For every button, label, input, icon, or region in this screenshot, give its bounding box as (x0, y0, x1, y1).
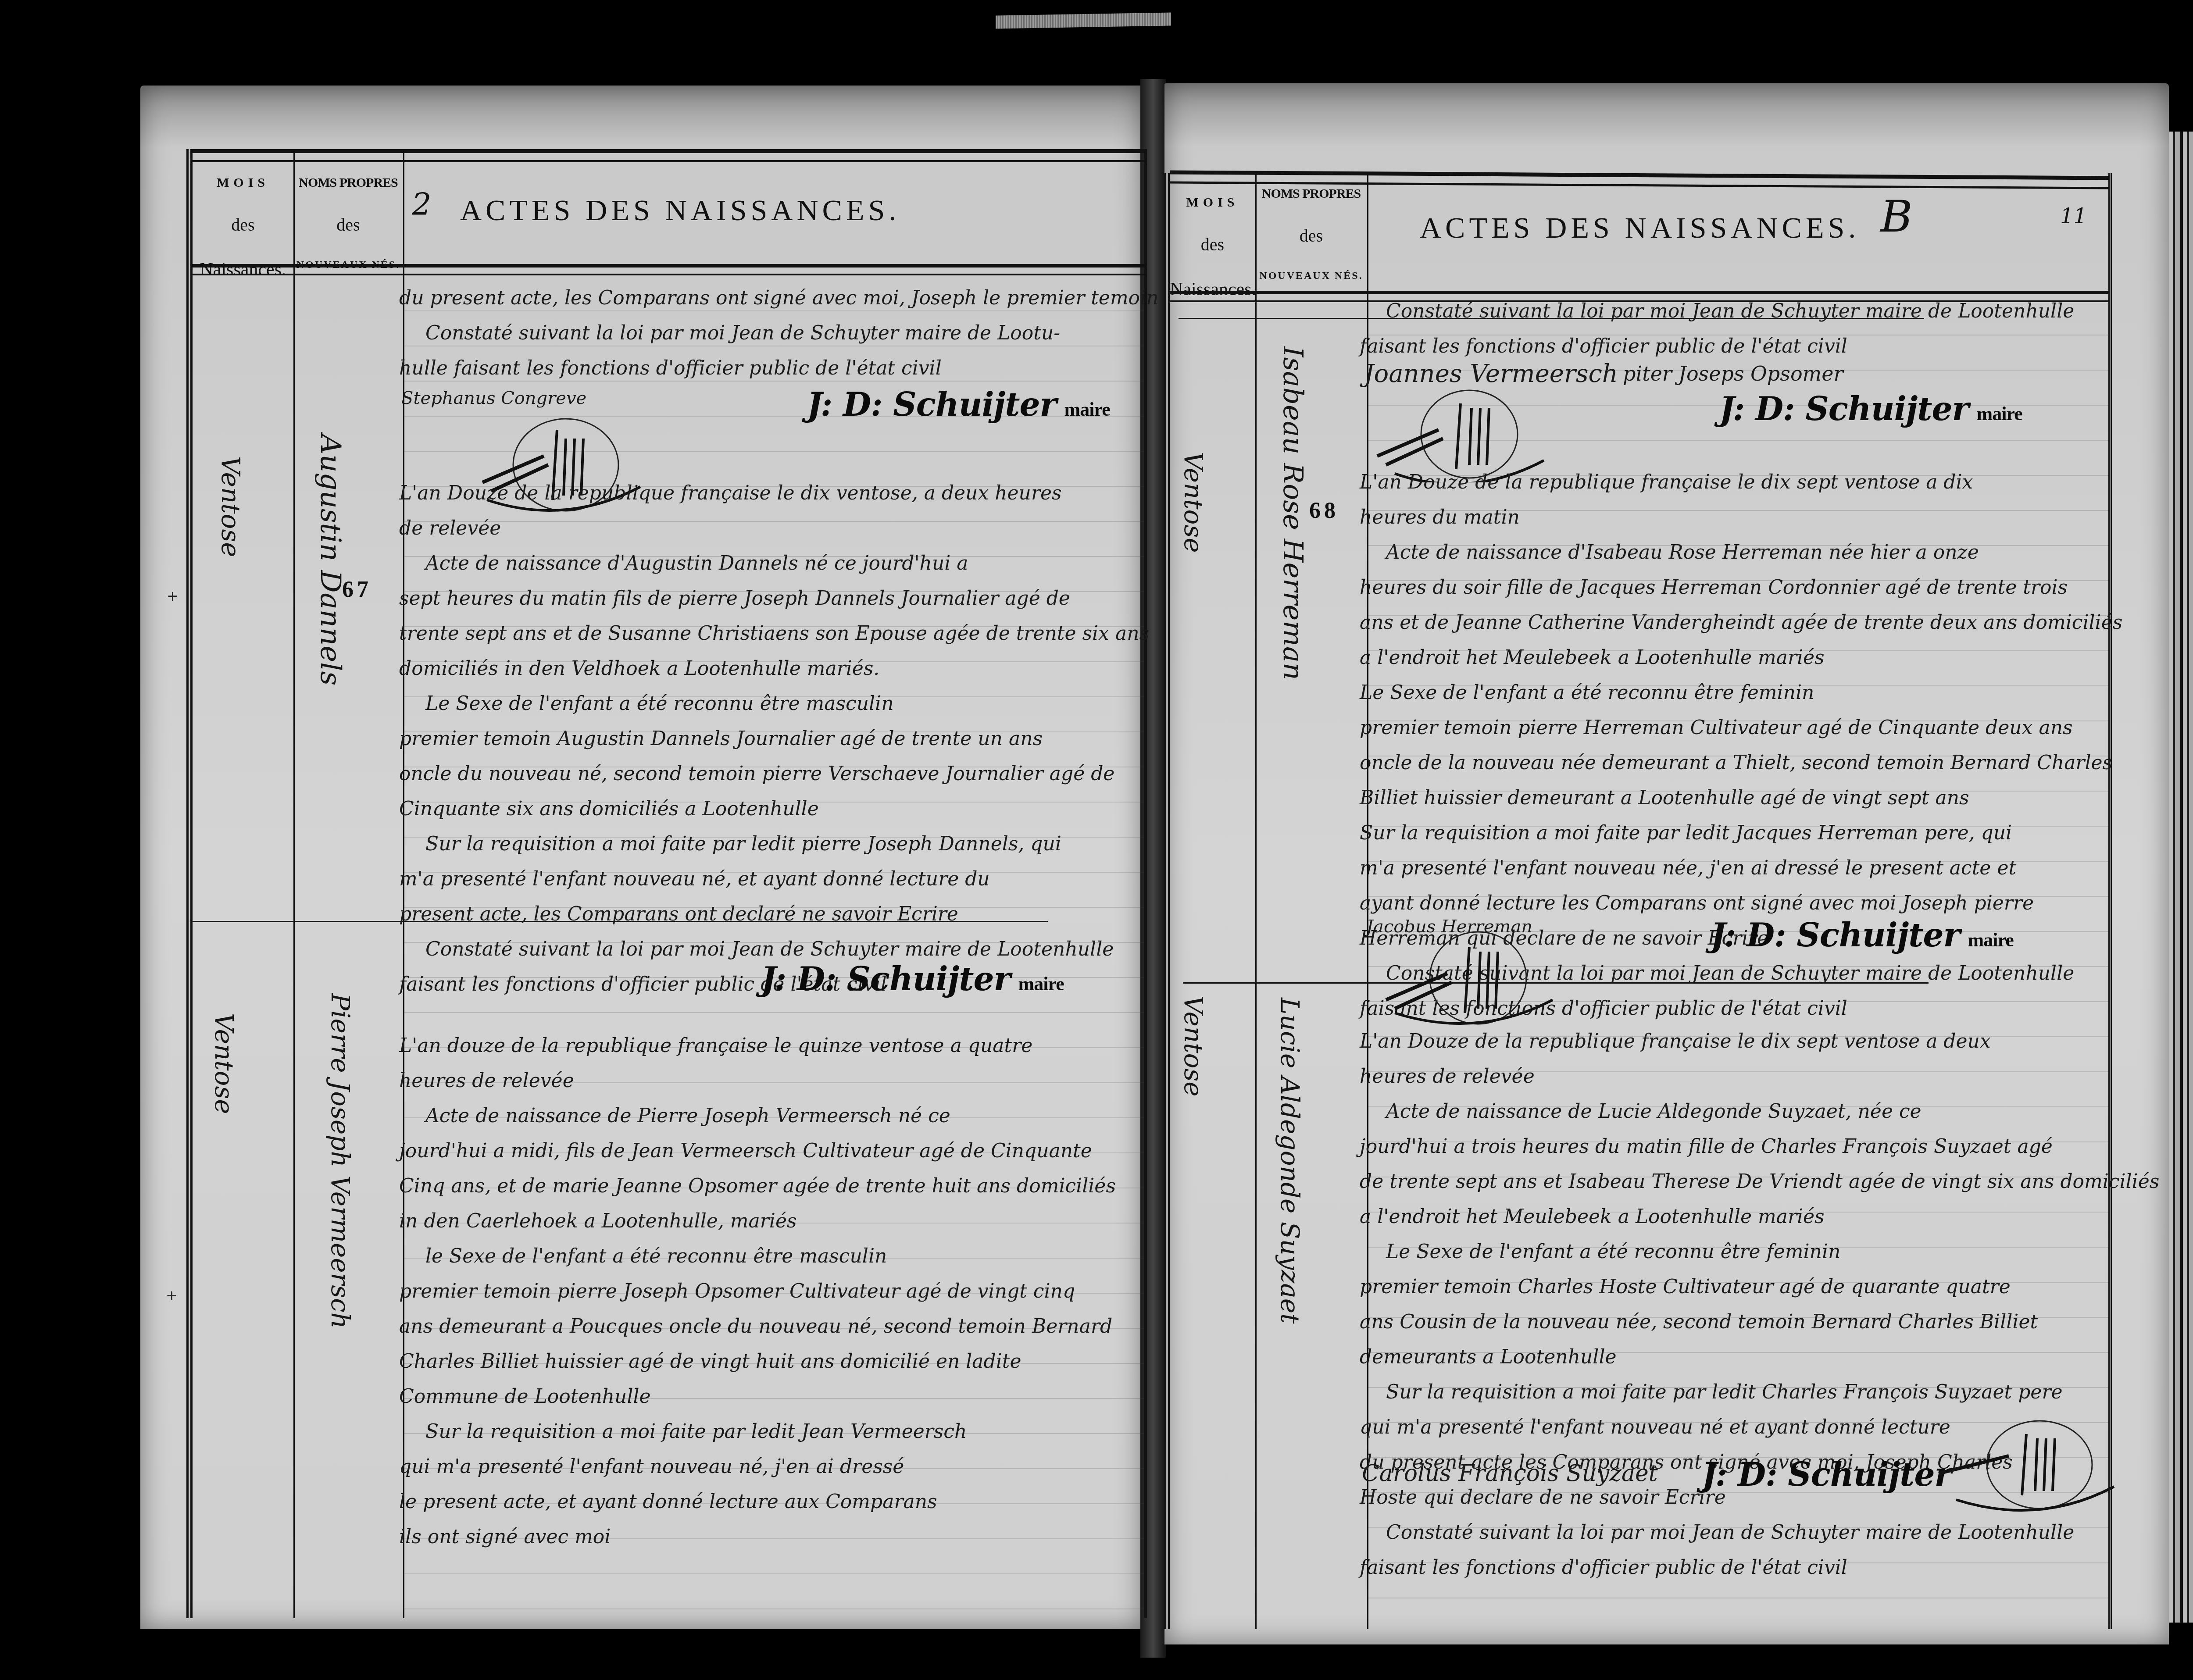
mayor-signature-top-right: J: D: Schuijtermaire (1719, 390, 2022, 428)
col-header-names: NOMS PROPRES des NOUVEAUX NÉS. (293, 175, 403, 271)
page-number: 11 (2060, 204, 2087, 228)
witness-signature-congreve: Stephanus Congreve (401, 388, 586, 408)
col-header-month: MOIS des Naissances. (193, 175, 293, 280)
scan-tab-top (996, 13, 1171, 29)
child-name-68: Isabeau Rose Herreman (1277, 346, 1309, 680)
page-edges (2169, 132, 2193, 1623)
month-ventose-68: Ventose (1179, 452, 1208, 553)
paraphe-flourish-icon (1930, 1416, 2140, 1517)
left-margin-mark: 2 (412, 186, 432, 222)
page-title-left: ACTES DES NAISSANCES. (460, 193, 900, 228)
mayor-signature-68: J: D: Schuijtermaire (1711, 917, 2014, 954)
month-ventose-4: Ventose (1179, 995, 1208, 1097)
entry-number-67: 67 (342, 577, 372, 603)
entry-67-text: L'an Douze de la republique française le… (399, 476, 1149, 1002)
paraphe-flourish-icon (1368, 925, 1579, 1026)
col-header-month: MOIS des Naissances. (1170, 195, 1255, 300)
col-divider-month (1255, 173, 1257, 1629)
right-continuation-text: Constaté suivant la loi par moi Jean de … (1360, 294, 2074, 364)
month-ventose-2: Ventose (209, 1013, 239, 1114)
child-name-suyzaet: Lucie Aldegonde Suyzaet (1275, 998, 1305, 1323)
mayor-signature-suyzaet: J: D: Schuijter (1702, 1456, 1951, 1494)
child-name-vermeersch: Pierre Joseph Vermeersch (325, 993, 355, 1329)
month-ventose-67: Ventose (216, 456, 246, 557)
margin-tick: + (167, 588, 179, 604)
child-name-67: Augustin Dannels (314, 434, 346, 685)
entry-number-68: 68 (1309, 498, 1339, 524)
col-header-names: NOMS PROPRES des NOUVEAUX NÉS. (1255, 186, 1367, 282)
folio-letter-mark: B (1880, 191, 1913, 242)
witness-signature-piter: piter Joseps Opsomer (1623, 362, 1843, 385)
witness-signature-carolus: Carolus François Suyzaet (1362, 1460, 1658, 1487)
page-title-right: ACTES DES NAISSANCES. (1420, 210, 1860, 245)
margin-tick: + (166, 1287, 178, 1304)
mayor-signature-1: J: D: Schuijtermaire (807, 386, 1110, 424)
left-continuation-text: du present acte, les Comparans ont signé… (399, 281, 1159, 386)
entry-vermeersch-text: L'an douze de la republique française le… (399, 1028, 1116, 1555)
top-double-rule (193, 149, 1144, 162)
mayor-signature-67: J: D: Schuijtermaire (761, 960, 1064, 998)
col-divider-month (293, 149, 295, 1618)
